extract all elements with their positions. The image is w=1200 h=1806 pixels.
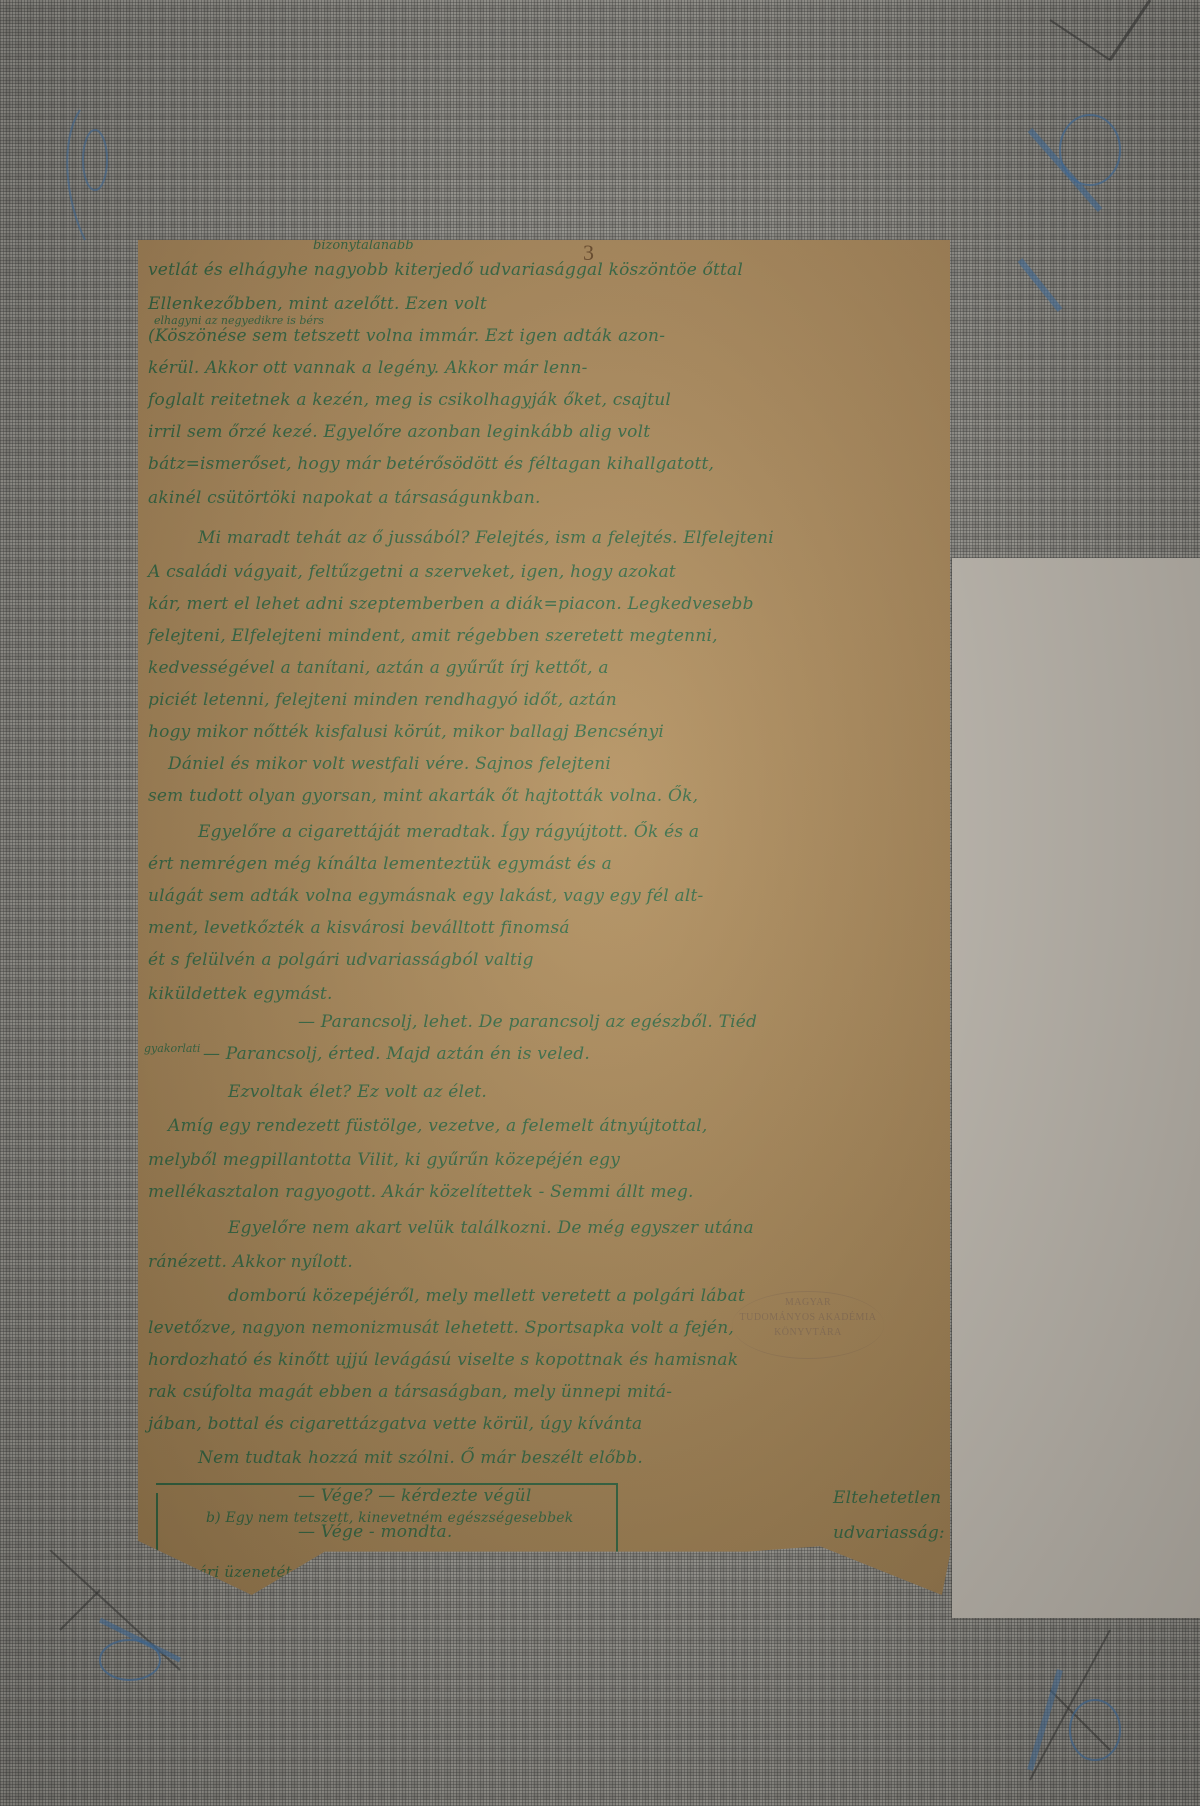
text-line: irril sem őrzé kezé. Egyelőre azonban le… <box>148 424 650 441</box>
text-line: jában, bottal és cigarettázgatva vette k… <box>148 1416 642 1433</box>
text-line: ulágát sem adták volna egymásnak egy lak… <box>148 888 704 905</box>
corner-mark-bottom-left-icon <box>40 1550 220 1710</box>
text-line: Ezzel kezdte el mindjárt azt mondani, ho… <box>228 1665 751 1682</box>
text-line: ment, levetkőzték a kisvárosi beválltott… <box>148 920 570 937</box>
text-line: Egyelőre a cigarettáját meradtak. Így rá… <box>198 824 699 841</box>
text-line: kár, mert el lehet adni szeptemberben a … <box>148 596 754 613</box>
text-line: sem tudott olyan gyorsan, mint akarták ő… <box>148 788 698 805</box>
text-line: Dániel és mikor volt westfali vére. Sajn… <box>168 756 611 773</box>
text-line: A polgári üzenetét itt sportsapkája leng… <box>148 1565 673 1580</box>
margin-note-right: Eltehetetlen <box>833 1490 941 1507</box>
text-line: Ezután a kinézni fiú, ki egy komoly. Ezu… <box>148 1597 621 1614</box>
text-line: odaadó gyűrűt tapasztalva még innen egys… <box>148 1693 758 1710</box>
corner-mark-top-left-icon <box>50 100 130 270</box>
text-line: Mi maradt tehát az ő jussából? Felejtés,… <box>198 530 774 547</box>
boxed-note: b) Egy nem tetszett, kinevetném egészség… <box>156 1483 618 1575</box>
text-line: piciét letenni, felejteni minden rendhag… <box>148 692 617 709</box>
text-line: (Köszönése sem tetszett volna immár. Ezt… <box>148 328 665 345</box>
text-line: ért nemrégen még kínálta lementeztük egy… <box>148 856 612 873</box>
text-line: Amíg egy rendezett füstölge, vezetve, a … <box>168 1118 708 1135</box>
text-line: Egyelőre nem akart velük találkozni. De … <box>228 1220 754 1237</box>
text-line: levetőzve, nagyon nemonizmusát lehetett.… <box>148 1320 734 1337</box>
text-line: kérül. Akkor ott vannak a legény. Akkor … <box>148 360 588 377</box>
corner-mark-bottom-right-icon <box>1000 1630 1160 1800</box>
corner-mark-top-right-icon <box>1010 0 1170 320</box>
text-line: — Parancsolj, érted. Majd aztán én is ve… <box>203 1046 590 1063</box>
text-line: Ezvoltak élet? Ez volt az élet. <box>228 1084 487 1101</box>
stamp-line-3: KÖNYVTÁRA <box>738 1325 878 1340</box>
interlinear-insert: elhagyni az negyedikre is bérs <box>154 314 324 327</box>
text-line: melyből megpillantotta Vilit, ki gyűrűn … <box>148 1152 620 1169</box>
white-backing-card <box>952 558 1200 1618</box>
text-line: magában számolt. <box>148 1629 308 1646</box>
stamp-line-1: MAGYAR <box>738 1295 878 1310</box>
text-line: Ellenkezőbben, mint azelőtt. Ezen volt <box>148 296 487 313</box>
text-line: ét s felülvén a polgári udvariasságból v… <box>148 952 534 969</box>
text-line: kiküldettek egymást. <box>148 986 333 1003</box>
text-line: hordozható és kinőtt ujjú levágású visel… <box>148 1352 738 1369</box>
text-line: hogy mikor nőtték kisfalusi körút, mikor… <box>148 724 664 741</box>
boxed-note-text: b) Egy nem tetszett, kinevetném egészség… <box>206 1511 573 1525</box>
text-line: mellékasztalon ragyogott. Akár közelítet… <box>148 1184 694 1201</box>
library-stamp: MAGYAR TUDOMÁNYOS AKADÉMIA KÖNYVTÁRA <box>738 1295 878 1355</box>
text-line: akinél csütörtöki napokat a társaságunkb… <box>148 490 541 507</box>
stamp-line-2: TUDOMÁNYOS AKADÉMIA <box>738 1310 878 1325</box>
text-line: domború közepéjéről, mely mellett verete… <box>228 1288 745 1305</box>
text-line: — Vége - mondta. <box>298 1524 452 1541</box>
text-line: — Vége? — kérdezte végül <box>298 1488 531 1505</box>
text-line: ránézett. Akkor nyílott. <box>148 1254 353 1271</box>
text-line: foglalt reitetnek a kezén, meg is csikol… <box>148 392 671 409</box>
page-number: 3 <box>583 240 594 266</box>
text-line: — Parancsolj, lehet. De parancsolj az eg… <box>298 1014 757 1031</box>
text-line: Nem tudtak hozzá mit szólni. Ő már beszé… <box>198 1450 643 1467</box>
manuscript-page: 3 bizonytalanabb vetlát és elhágyhe nagy… <box>138 240 950 1595</box>
margin-note-left: gyakorlati <box>144 1042 200 1055</box>
interlinear-insert: bizonytalanabb <box>313 238 414 253</box>
text-line: bátz=ismerőset, hogy már betérősödött és… <box>148 456 714 473</box>
text-line: A családi vágyait, feltűzgetni a szervek… <box>148 564 676 581</box>
text-line: kedvességével a tanítani, aztán a gyűrűt… <box>148 660 609 677</box>
text-line: felejteni, Elfelejteni mindent, amit rég… <box>148 628 718 645</box>
text-line: rak csúfolta magát ebben a társaságban, … <box>148 1384 672 1401</box>
margin-note-right: udvariasság: <box>833 1525 945 1542</box>
text-line: vetlát és elhágyhe nagyobb kiterjedő udv… <box>148 262 743 279</box>
